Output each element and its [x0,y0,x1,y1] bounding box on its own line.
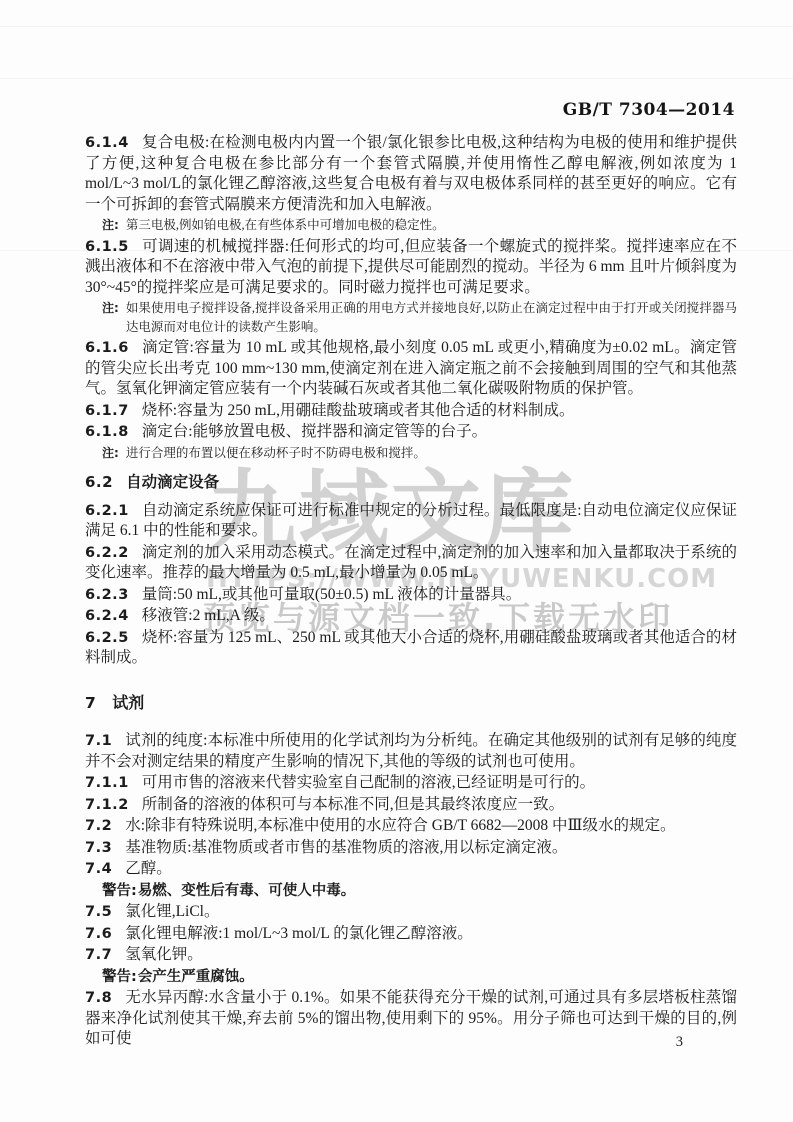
content: 6.1.4复合电极:在检测电极内内置一个银/氯化银参比电极,这种结构为电极的使用… [0,120,793,1050]
clause-number: 6.1.5 [85,239,129,255]
page-header: GB/T 7304—2014 [0,0,793,120]
clause-6-1-6: 6.1.6滴定管:容量为 10 mL 或其他规格,最小刻度 0.05 mL 或更… [85,338,737,400]
warning-text: 会产生严重腐蚀。 [138,969,254,985]
clause-text: 水:除非有特殊说明,本标准中使用的水应符合 GB/T 6682—2008 中Ⅲ级… [125,817,675,834]
clause-6-2-1: 6.2.1自动滴定系统应保证可进行标准中规定的分析过程。最低限度是:自动电位滴定… [85,501,737,542]
chapter-7: 7试剂 [85,693,737,714]
clause-text: 试剂的纯度:本标准中所使用的化学试剂均为分析纯。在确定其他级别的试剂有足够的纯度… [85,732,737,770]
warning-21: 警告:易燃、变性后有毒、可使人中毒。 [85,881,737,902]
clause-number: 6.2.3 [85,587,129,603]
note-7: 注:进行合理的布置以便在移动杯子时不防碍电极和搅拌。 [85,444,737,463]
clause-7-2: 7.2水:除非有特殊说明,本标准中使用的水应符合 GB/T 6682—2008 … [85,816,737,837]
clause-number: 6.2.2 [85,545,129,561]
clause-text: 氯化锂,LiCl。 [125,903,219,920]
note-text: 如果使用电子搅拌设备,搅拌设备采用正确的用电方式并接地良好,以防止在滴定过程中由… [126,299,737,336]
clause-6-2-2: 6.2.2滴定剂的加入采用动态模式。在滴定过程中,滴定剂的加入速率和加入量都取决… [85,543,737,584]
clause-text: 自动滴定设备 [126,473,219,491]
clause-6-2-5: 6.2.5烧杯:容量为 125 mL、250 mL 或其他大小合适的烧杯,用硼硅… [85,628,737,669]
clause-number: 6.1.6 [85,340,129,356]
document-page: 九域文库 HTTPS://WWW.JIUYUWENKU.COM 预览与源文档一致… [0,0,793,1122]
clause-text: 移液管:2 mL,A 级。 [142,607,275,624]
clause-text: 滴定剂的加入采用动态模式。在滴定过程中,滴定剂的加入速率和加入量都取决于系统的变… [85,544,737,582]
clause-text: 滴定管:容量为 10 mL 或其他规格,最小刻度 0.05 mL 或更小,精确度… [85,339,737,397]
warning-label: 警告: [102,969,137,985]
clause-7-8: 7.8无水异丙醇:水含量小于 0.1%。如果不能获得充分干燥的试剂,可通过具有多… [85,988,737,1050]
note-label: 注: [102,216,119,235]
clause-6-1-8: 6.1.8滴定台:能够放置电极、搅拌器和滴定管等的台子。 [85,422,737,443]
clause-number: 7.4 [85,861,112,877]
clause-number: 6.1.7 [85,403,129,419]
clause-number: 6.1.8 [85,424,129,440]
clause-7-6: 7.6氯化锂电解液:1 mol/L~3 mol/L 的氯化锂乙醇溶液。 [85,924,737,945]
clause-7-5: 7.5氯化锂,LiCl。 [85,902,737,923]
clause-6-1-4: 6.1.4复合电极:在检测电极内内置一个银/氯化银参比电极,这种结构为电极的使用… [85,133,737,215]
clause-number: 6.1.4 [85,135,129,151]
warning-25: 警告:会产生严重腐蚀。 [85,967,737,988]
note-text: 第三电极,例如铂电极,在有些体系中可增加电极的稳定性。 [126,216,445,235]
note-text: 进行合理的布置以便在移动杯子时不防碍电极和搅拌。 [126,444,426,463]
clause-number: 7.1.2 [85,797,129,813]
clause-number: 7.1.1 [85,775,129,791]
clause-number: 7 [85,694,96,712]
page-number: 3 [676,1034,683,1051]
clause-text: 烧杯:容量为 125 mL、250 mL 或其他大小合适的烧杯,用硼硅酸盐玻璃或… [85,629,737,667]
clause-6-1-5: 6.1.5可调速的机械搅拌器:任何形式的均可,但应装备一个螺旋式的搅拌桨。搅拌速… [85,237,737,299]
clause-number: 7.5 [85,904,112,920]
clause-6-2-3: 6.2.3量筒:50 mL,或其他可量取(50±0.5) mL 液体的计量器具。 [85,585,737,606]
clause-text: 乙醇。 [125,860,172,877]
clause-6-2-4: 6.2.4移液管:2 mL,A 级。 [85,606,737,627]
note-3: 注:如果使用电子搅拌设备,搅拌设备采用正确的用电方式并接地良好,以防止在滴定过程… [85,299,737,336]
clause-number: 7.7 [85,947,112,963]
clause-number: 6.2.4 [85,608,129,624]
clause-text: 复合电极:在检测电极内内置一个银/氯化银参比电极,这种结构为电极的使用和维护提供… [85,134,737,213]
warning-label: 警告: [102,883,137,899]
clause-text: 无水异丙醇:水含量小于 0.1%。如果不能获得充分干燥的试剂,可通过具有多层塔板… [85,989,737,1047]
clause-text: 量筒:50 mL,或其他可量取(50±0.5) mL 液体的计量器具。 [142,586,522,603]
clause-6-1-7: 6.1.7烧杯:容量为 250 mL,用硼硅酸盐玻璃或者其他合适的材料制成。 [85,401,737,422]
clause-7-4: 7.4乙醇。 [85,859,737,880]
note-1: 注:第三电极,例如铂电极,在有些体系中可增加电极的稳定性。 [85,216,737,235]
clause-text: 所制备的溶液的体积可与本标准不同,但是其最终浓度应一致。 [142,796,564,813]
warning-text: 易燃、变性后有毒、可使人中毒。 [138,883,356,899]
clause-text: 氢氧化钾。 [125,946,203,963]
clause-7-1: 7.1试剂的纯度:本标准中所使用的化学试剂均为分析纯。在确定其他级别的试剂有足够… [85,731,737,772]
note-label: 注: [102,444,119,463]
standard-code: GB/T 7304—2014 [563,100,735,120]
clause-text: 烧杯:容量为 250 mL,用硼硅酸盐玻璃或者其他合适的材料制成。 [142,402,575,419]
clause-number: 7.1 [85,733,112,749]
clause-text: 试剂 [112,693,144,712]
clause-number: 6.2.5 [85,630,129,646]
note-label: 注: [102,299,119,336]
clause-number: 7.8 [85,990,112,1006]
clause-text: 氯化锂电解液:1 mol/L~3 mol/L 的氯化锂乙醇溶液。 [125,925,473,942]
clause-number: 6.2 [85,473,113,491]
clause-7-3: 7.3基准物质:基准物质或者市售的基准物质的溶液,用以标定滴定液。 [85,838,737,859]
clause-number: 7.2 [85,818,112,834]
clause-number: 7.6 [85,926,112,942]
section-6-2: 6.2自动滴定设备 [85,472,737,493]
clause-7-1-2: 7.1.2所制备的溶液的体积可与本标准不同,但是其最终浓度应一致。 [85,795,737,816]
clause-text: 滴定台:能够放置电极、搅拌器和滴定管等的台子。 [142,423,487,440]
clause-number: 6.2.1 [85,503,129,519]
clause-text: 基准物质:基准物质或者市售的基准物质的溶液,用以标定滴定液。 [125,839,567,856]
clause-number: 7.3 [85,840,112,856]
clause-text: 可调速的机械搅拌器:任何形式的均可,但应装备一个螺旋式的搅拌桨。搅拌速率应在不溅… [85,238,737,296]
clause-text: 自动滴定系统应保证可进行标准中规定的分析过程。最低限度是:自动电位滴定仪应保证满… [85,502,737,540]
clause-text: 可用市售的溶液来代替实验室自己配制的溶液,已经证明是可行的。 [142,774,595,791]
clause-7-1-1: 7.1.1可用市售的溶液来代替实验室自己配制的溶液,已经证明是可行的。 [85,773,737,794]
clause-7-7: 7.7氢氧化钾。 [85,945,737,966]
